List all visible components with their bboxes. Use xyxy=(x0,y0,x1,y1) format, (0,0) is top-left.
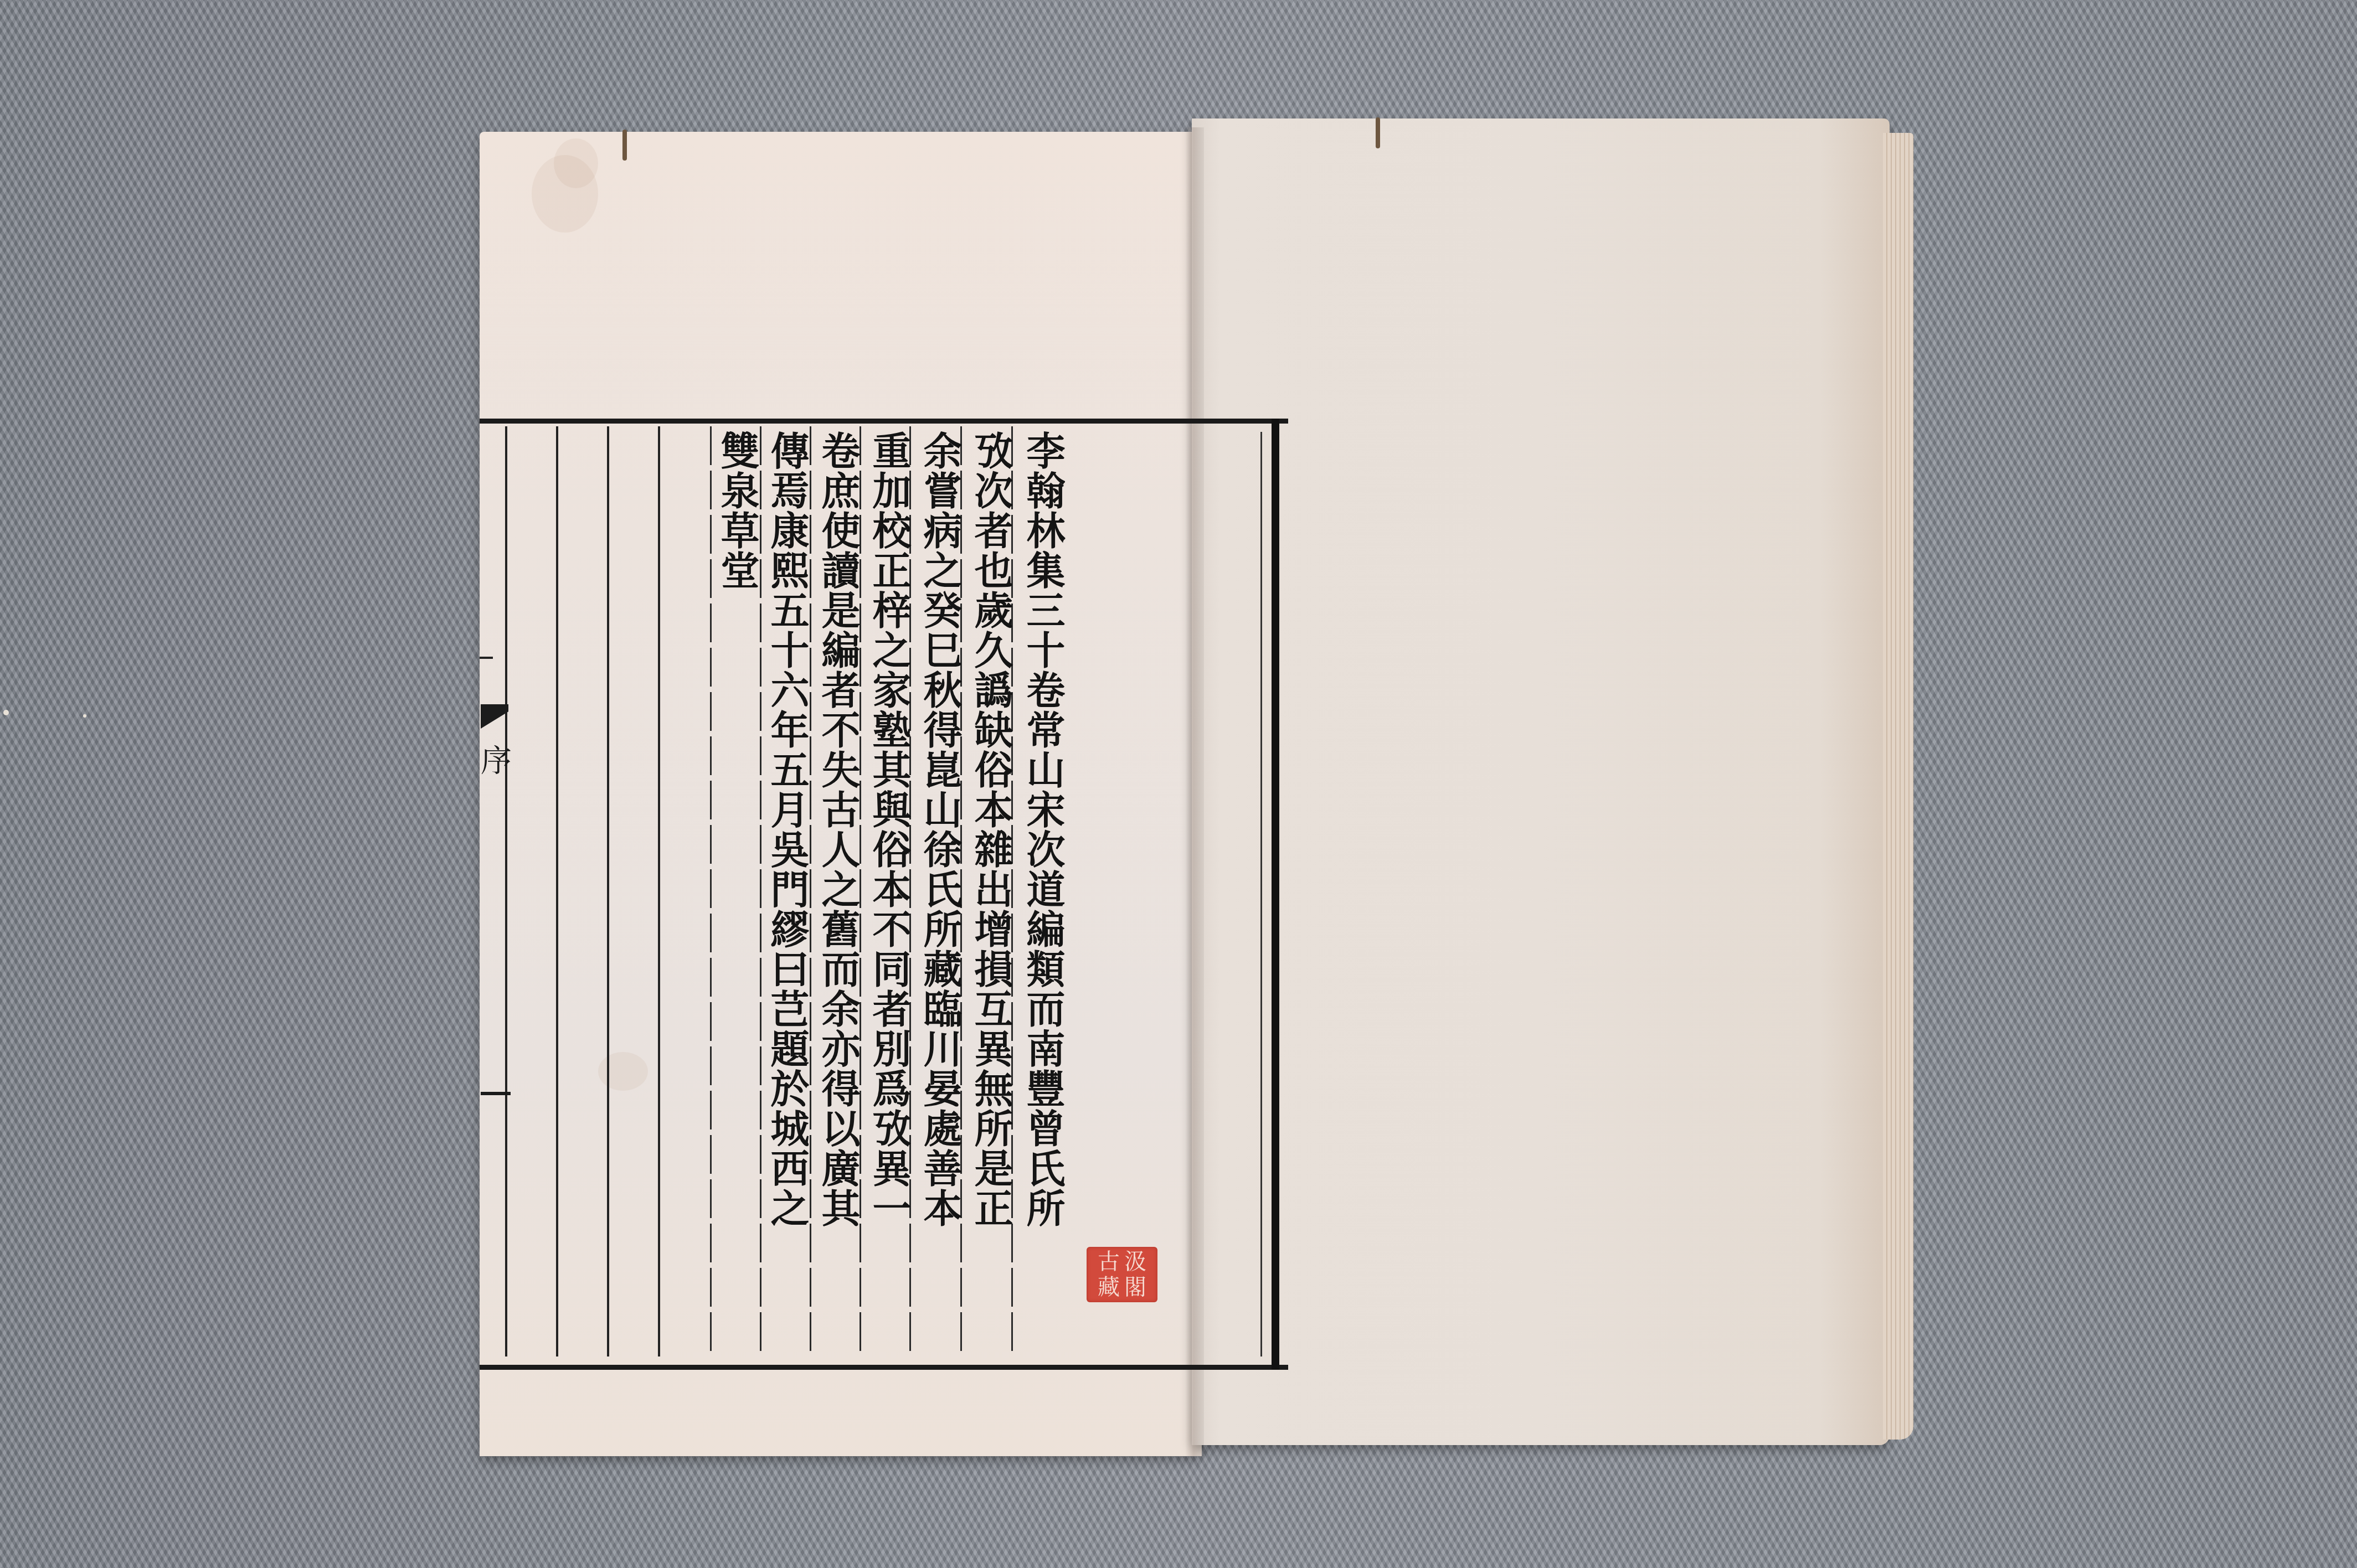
column-rule xyxy=(658,426,660,1356)
seal-char: 汲 xyxy=(1122,1249,1149,1275)
text-column-4: 重加校正梓之家塾其與俗本不同者別爲攷異一 xyxy=(866,431,912,1228)
debris xyxy=(83,714,86,718)
binding-hole xyxy=(622,130,627,161)
collector-seal: 汲 古 閣 藏 xyxy=(1087,1247,1157,1302)
column-rule xyxy=(556,426,558,1356)
text-column-2: 攷次者也歲久譌缺俗本雜出增損互異無所是正 xyxy=(968,431,1013,1228)
seal-char: 藏 xyxy=(1095,1275,1122,1300)
text-column-3: 余嘗病之癸巳秋得崑山徐氏所藏臨川晏處善本 xyxy=(917,431,963,1228)
text-column-5: 卷庶使讀是編者不失古人之舊而余亦得以廣其 xyxy=(815,431,861,1228)
text-column-6: 傳焉康熙五十六年五月吳門繆曰芑題於城西之 xyxy=(764,431,810,1228)
seal-char: 閣 xyxy=(1122,1275,1149,1300)
page-edge-stack xyxy=(1883,133,1913,1440)
paper-stain xyxy=(554,138,598,188)
text-column-1: 李翰林集三十卷常山宋次道編類而南豐曾氏所 xyxy=(1020,431,1066,1228)
margin-section-title: 序 xyxy=(481,736,512,781)
binding-hole xyxy=(1376,117,1380,148)
right-page-blank xyxy=(1192,118,1890,1445)
column-rule xyxy=(710,426,712,1356)
column-rule xyxy=(607,426,609,1356)
print-frame-right-border xyxy=(1272,419,1279,1370)
margin-mark xyxy=(480,657,493,659)
seal-char: 古 xyxy=(1095,1249,1122,1275)
print-frame-inner-line xyxy=(1260,432,1262,1356)
margin-page-number xyxy=(481,1092,511,1095)
debris xyxy=(3,710,9,715)
text-column-7: 雙泉草堂 xyxy=(714,431,760,590)
column-rule xyxy=(505,426,507,1356)
